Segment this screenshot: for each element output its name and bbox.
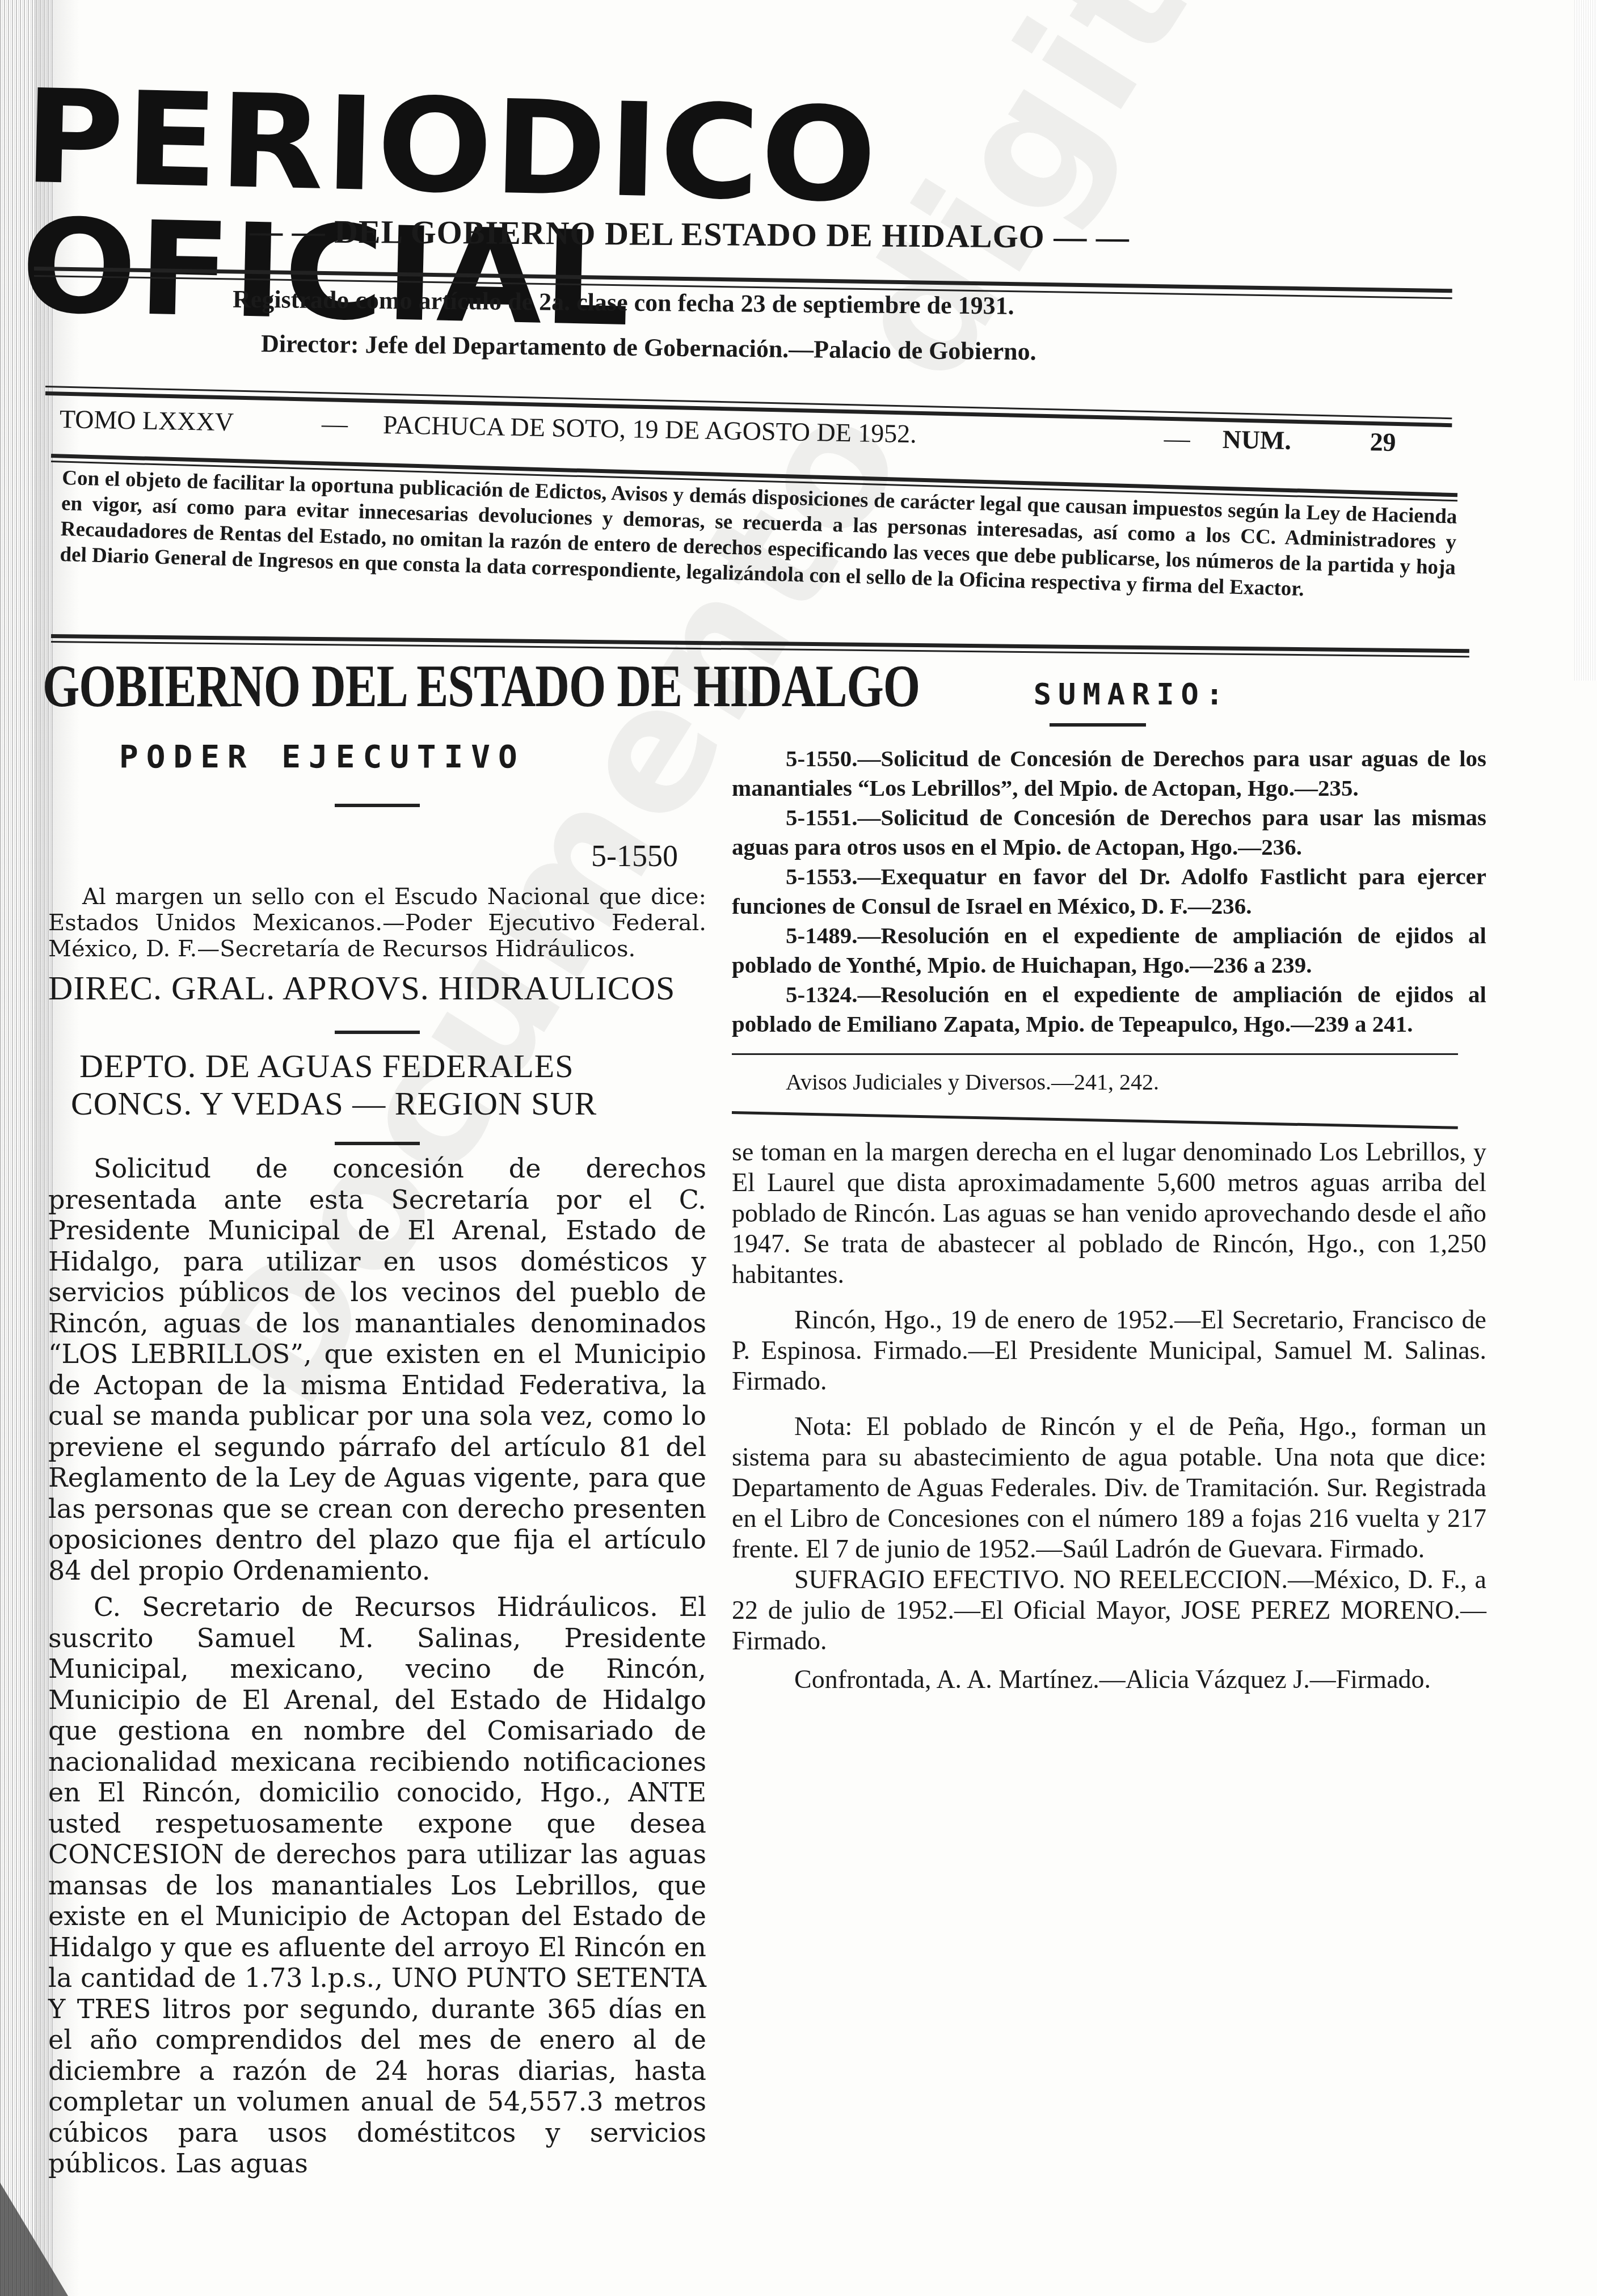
summary-item: 5-1550.—Solicitud de Concesión de Derech… (732, 744, 1486, 803)
confrontation-paragraph: Confrontada, A. A. Martínez.—Alicia Vázq… (732, 1664, 1486, 1695)
request-paragraph: Solicitud de concesión de derechos prese… (48, 1153, 706, 1586)
section-divider (335, 1031, 420, 1034)
right-column: SUMARIO: 5-1550.—Solicitud de Concesión … (732, 652, 1486, 1695)
issue-separator: — (1131, 423, 1223, 454)
government-heading: GOBIERNO DEL ESTADO DE HIDALGO (43, 652, 706, 721)
summary-item: 5-1489.—Resolución en el expediente de a… (732, 921, 1486, 980)
summary-rule (732, 1053, 1458, 1055)
summary-rule-bottom (732, 1111, 1458, 1129)
official-closing-paragraph: SUFRAGIO EFECTIVO. NO REELECCION.—México… (732, 1564, 1486, 1656)
issue-volume: TOMO LXXXV (60, 404, 287, 438)
department-heading-line1: DEPTO. DE AGUAS FEDERALES (79, 1049, 706, 1084)
issue-number-label: NUM. (1222, 424, 1370, 457)
masthead-subtitle: — — DEL GOBIERNO DEL ESTADO DE HIDALGO —… (250, 212, 1271, 258)
department-heading-line2: CONCS. Y VEDAS — REGION SUR (71, 1086, 706, 1121)
summary-item: 5-1551.—Solicitud de Concesión de Derech… (732, 803, 1486, 862)
summary-item: 5-1324.—Resolución en el expediente de a… (732, 980, 1486, 1039)
signature-paragraph: Rincón, Hgo., 19 de enero de 1952.—El Se… (732, 1305, 1486, 1396)
water-source-paragraph: se toman en la margen derecha en el luga… (732, 1137, 1486, 1290)
scan-right-edge (1574, 0, 1597, 681)
gazette-page: Documento digitalizado PERIODICOOFICIAL … (0, 0, 1597, 2296)
section-divider (335, 1142, 420, 1145)
issue-number-value: 29 (1370, 427, 1427, 458)
branch-heading: PODER EJECUTIVO (119, 738, 706, 775)
left-column: GOBIERNO DEL ESTADO DE HIDALGO PODER EJE… (48, 652, 706, 2179)
summary-avisos: Avisos Judiciales y Diversos.—241, 242. (786, 1069, 1486, 1095)
issue-separator: — (286, 408, 383, 440)
issue-line: TOMO LXXXV — PACHUCA DE SOTO, 19 DE AGOS… (60, 404, 1450, 458)
publication-notice: Con el objeto de facilitar la oportuna p… (60, 465, 1457, 606)
section-divider (1050, 723, 1146, 727)
seal-description: Al margen un sello con el Escudo Naciona… (48, 884, 706, 962)
section-divider (335, 804, 420, 807)
summary-heading: SUMARIO: (777, 678, 1486, 712)
note-paragraph: Nota: El poblado de Rincón y el de Peña,… (732, 1411, 1486, 1564)
summary-item: 5-1553.—Exequatur en favor del Dr. Adolf… (732, 862, 1486, 921)
petition-paragraph: C. Secretario de Recursos Hidráulicos. E… (48, 1592, 706, 2179)
scan-corner-shadow (0, 2183, 68, 2296)
direction-heading: DIREC. GRAL. APROVS. HIDRAULICOS (48, 969, 706, 1008)
document-number: 5-1550 (48, 838, 678, 873)
